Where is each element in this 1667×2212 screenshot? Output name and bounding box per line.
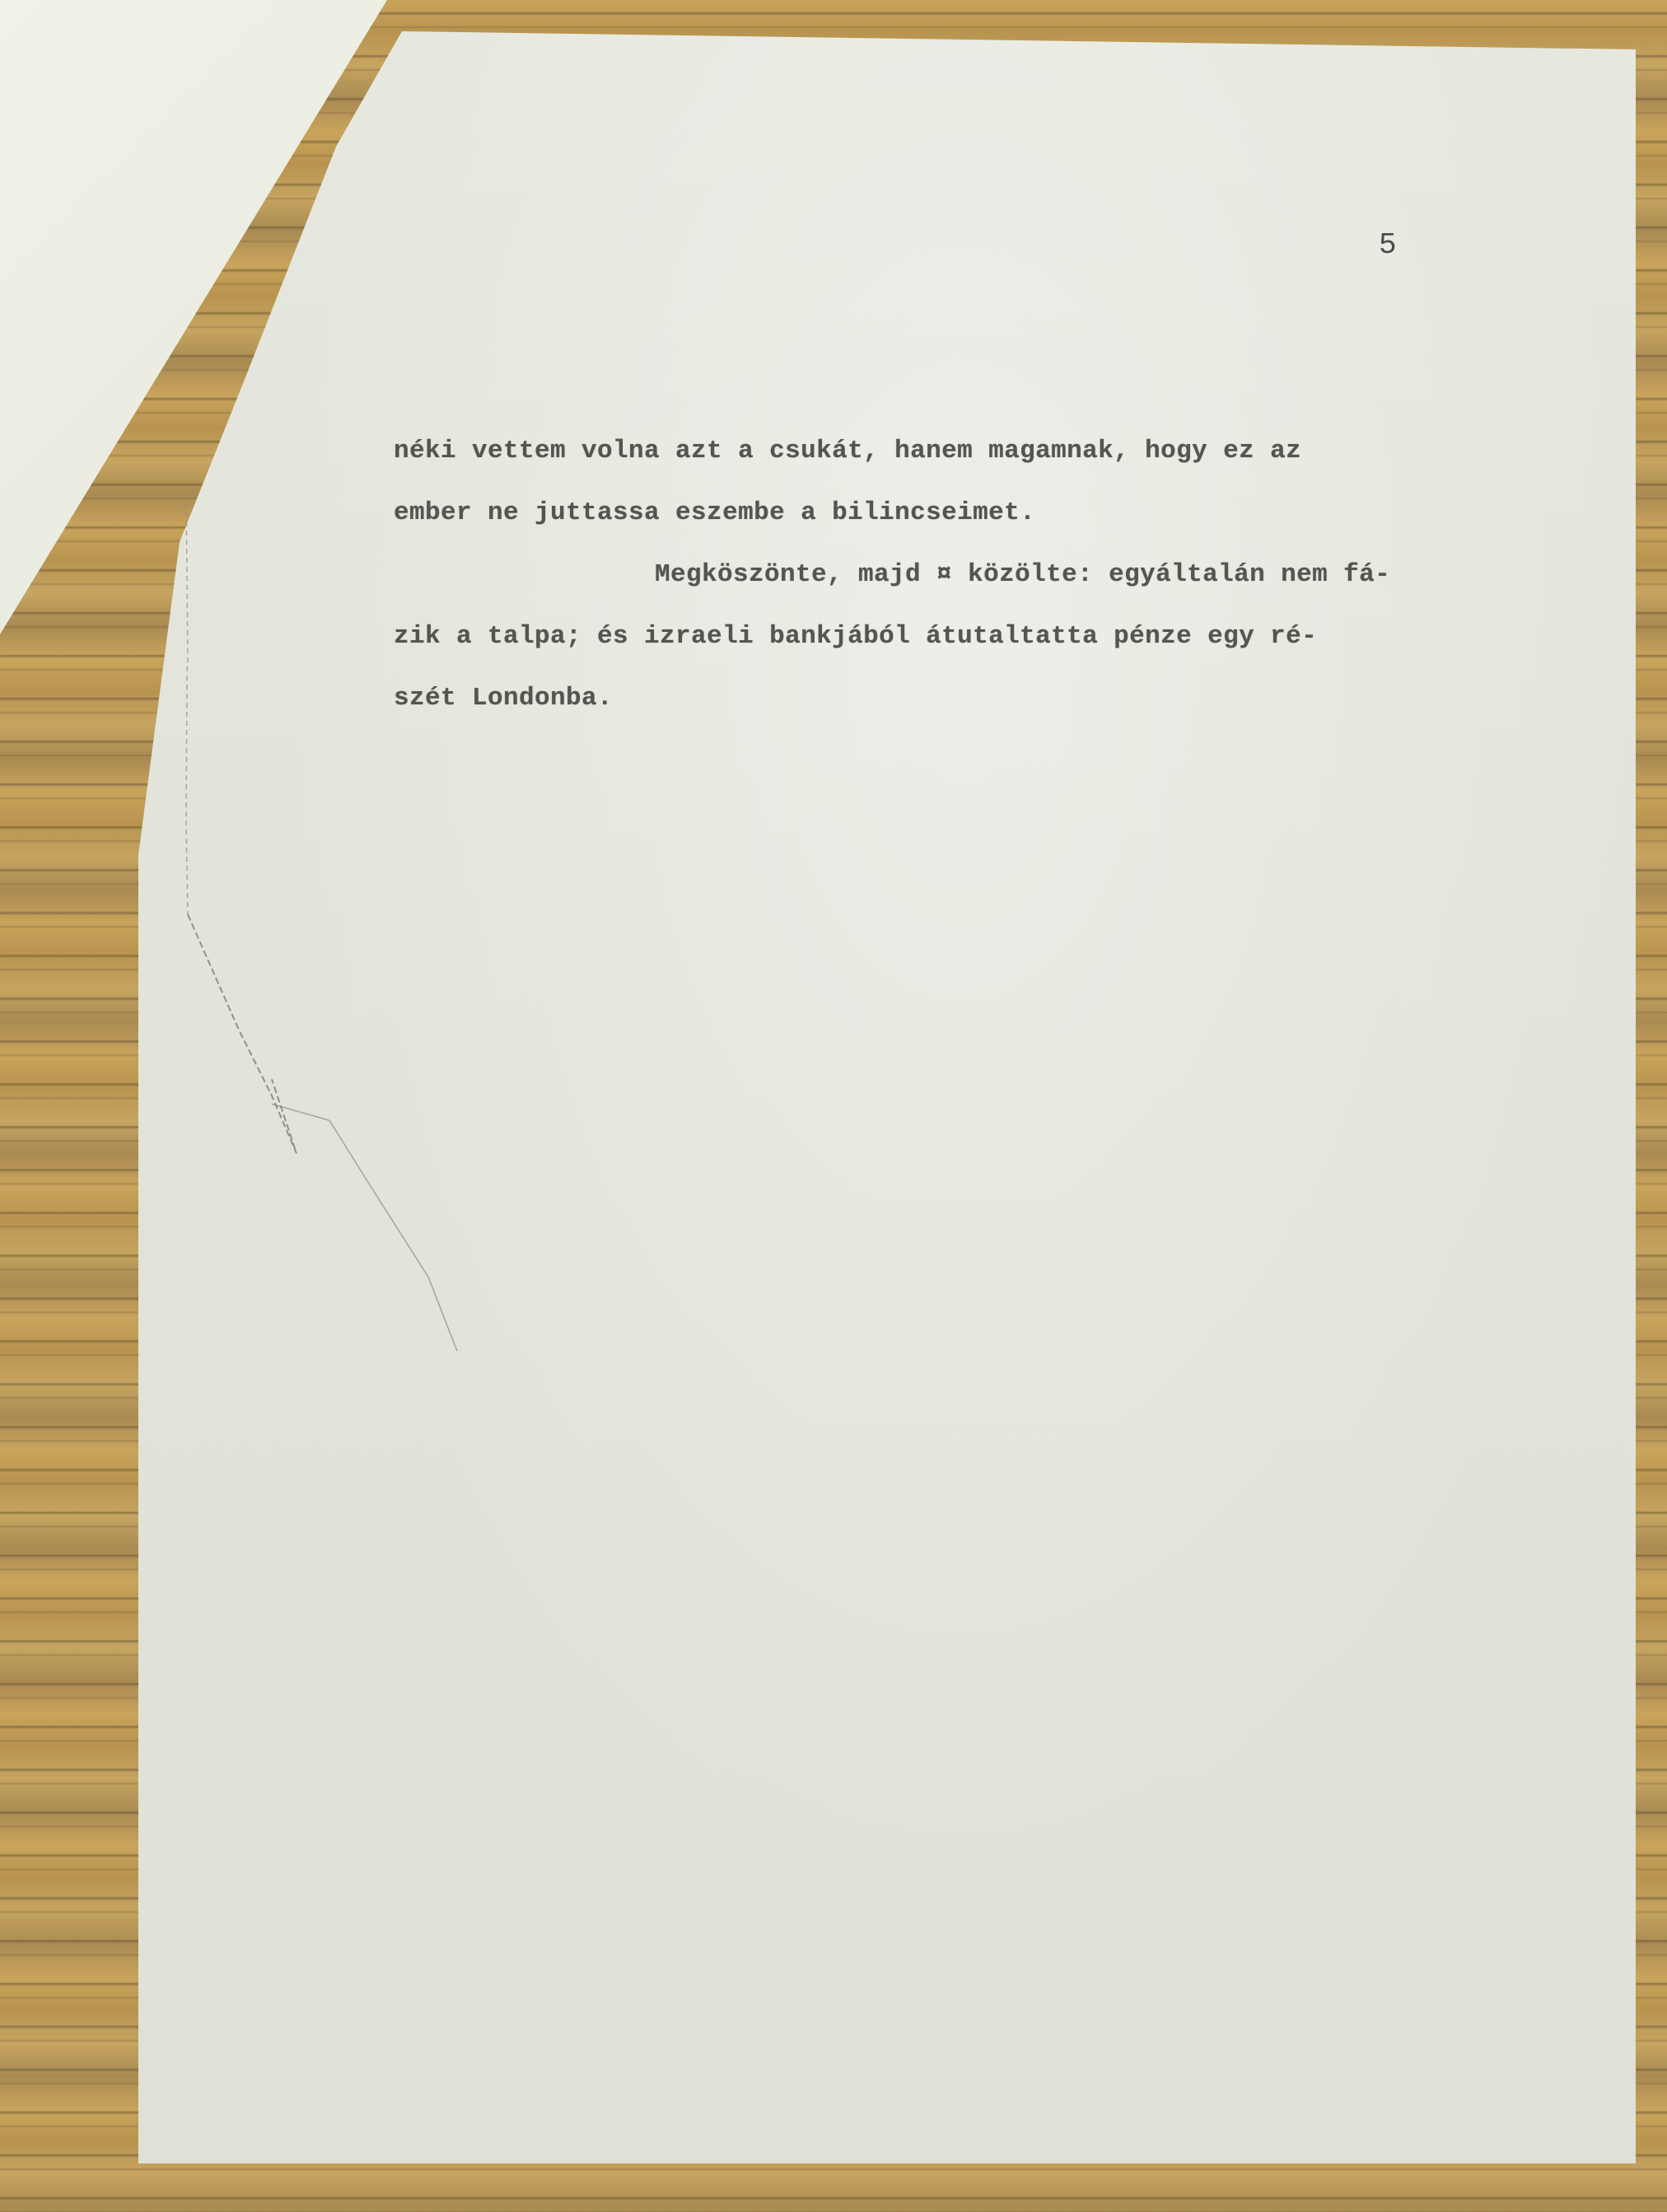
- text-line-indented: Megköszönte, majd ¤ közölte: egyáltalán …: [394, 544, 1514, 606]
- page-shading: [138, 31, 1636, 2163]
- text-line: zik a talpa; és izraeli bankjából átutal…: [394, 606, 1514, 667]
- typed-page: [138, 31, 1636, 2163]
- text-line: néki vettem volna azt a csukát, hanem ma…: [394, 420, 1514, 482]
- page-number: 5: [1379, 228, 1397, 262]
- text-line: ember ne juttassa eszembe a bilincseimet…: [394, 482, 1514, 544]
- typed-body-text: néki vettem volna azt a csukát, hanem ma…: [394, 420, 1514, 729]
- text-line: szét Londonba.: [394, 667, 1514, 729]
